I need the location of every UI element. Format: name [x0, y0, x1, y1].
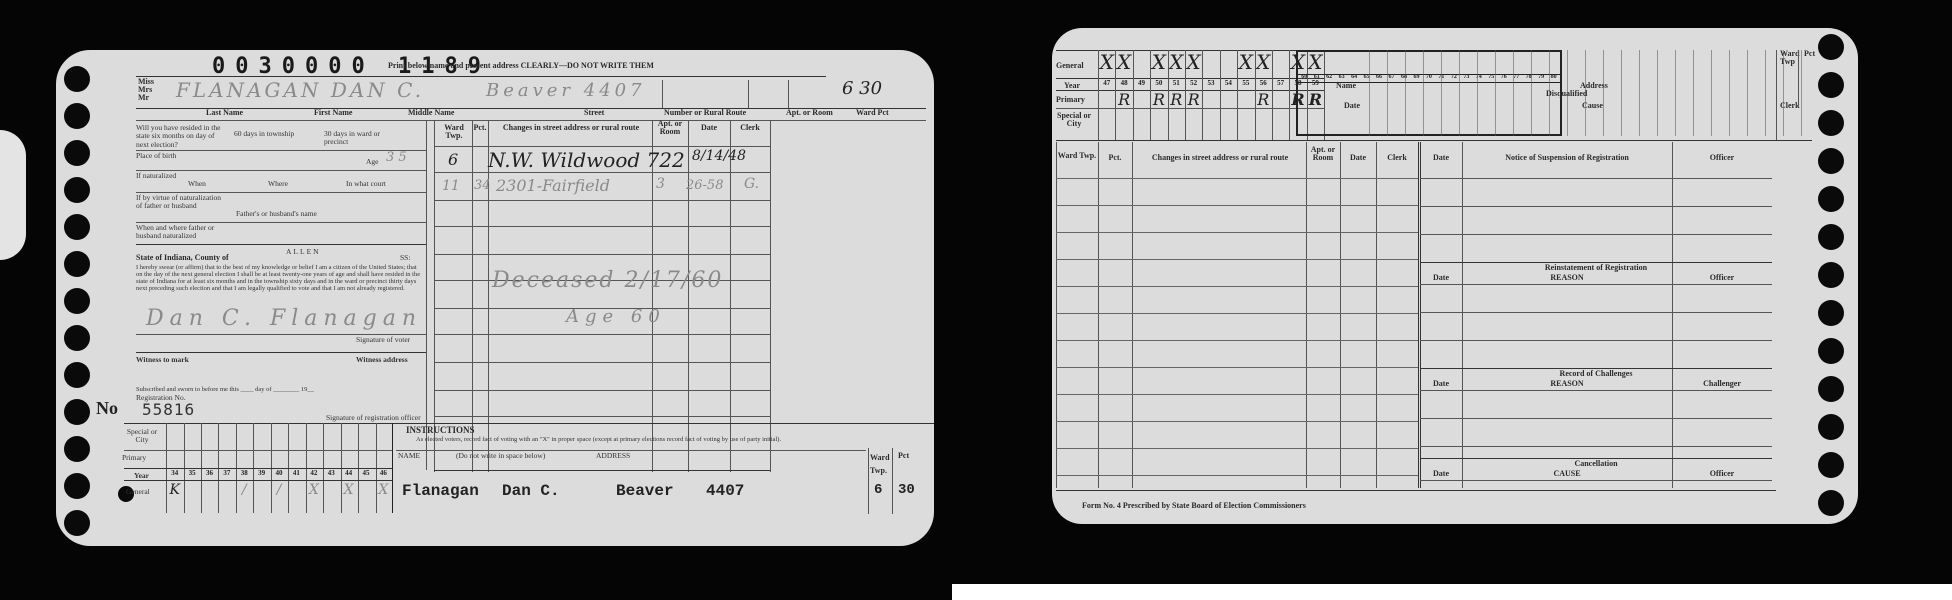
punch-hole-icon: [1818, 148, 1844, 174]
punch-hole-icon: [64, 436, 90, 462]
voter-name-written: FLANAGAN DAN C.: [176, 78, 424, 102]
punch-hole-icon: [1818, 490, 1844, 516]
front-year-row: 34 35 36 37 38 39 40 41 42 43 44 45 46: [166, 469, 392, 477]
typed-number: 4407: [706, 482, 744, 500]
typed-ward: 6: [874, 482, 882, 498]
punch-hole-icon: [64, 325, 90, 351]
punch-hole-icon: [64, 399, 90, 425]
punch-hole-icon: [1818, 300, 1844, 326]
registration-number: 55816: [142, 400, 195, 419]
punch-hole-icon: [64, 103, 90, 129]
registration-card-front: 0030000 1189 Print below name and presen…: [56, 50, 934, 546]
voter-signature: Dan C. Flanagan: [146, 306, 422, 331]
header-instruction: Print below name and present address CLE…: [388, 62, 654, 70]
age-annotation: Age 60: [566, 306, 666, 327]
punch-hole-icon: [64, 140, 90, 166]
changes-table-rows: [1056, 178, 1418, 488]
punch-hole-icon: [64, 214, 90, 240]
typed-first-name: Dan C.: [502, 482, 560, 500]
punch-hole-icon: [1818, 338, 1844, 364]
punch-hole-icon: [1818, 262, 1844, 288]
punch-hole-icon: [64, 473, 90, 499]
oath-text: I hereby swear (or affirm) that to the b…: [136, 264, 424, 293]
salutation-labels: MissMrsMr: [138, 78, 154, 102]
voter-address-written: Beaver 4407: [486, 80, 646, 101]
registration-card-back: General Year Primary Special or City 47 …: [1052, 28, 1858, 524]
back-primary-row: R R R R R R R: [1098, 90, 1324, 109]
punch-hole-icon: [64, 288, 90, 314]
punch-hole-icon: [64, 362, 90, 388]
age-written: 3 5: [386, 150, 407, 165]
county-value: ALLEN: [286, 248, 321, 256]
registration-number-prefix: No: [96, 398, 118, 419]
typed-street: Beaver: [616, 482, 674, 500]
typed-last-name: Flanagan: [402, 482, 479, 500]
front-general-row: K / / X X X: [166, 482, 392, 498]
punch-hole-icon: [1818, 186, 1844, 212]
punch-hole-icon: [1818, 34, 1844, 60]
punch-hole-icon: [1818, 414, 1844, 440]
punch-hole-icon: [1818, 72, 1844, 98]
form-footer: Form No. 4 Prescribed by State Board of …: [1082, 502, 1306, 510]
typed-pct: 30: [898, 482, 915, 498]
punch-hole-icon: [64, 177, 90, 203]
punch-hole-icon: [1818, 110, 1844, 136]
adjacent-card-edge: [0, 130, 26, 260]
punch-hole-icon: [64, 251, 90, 277]
ward-pct-written: 6 30: [842, 78, 882, 99]
scan-margin: [952, 584, 1952, 600]
punch-hole-icon: [64, 510, 90, 536]
back-general-row: X X X X X X X X X: [1098, 50, 1324, 74]
punch-hole-icon: [1818, 376, 1844, 402]
back-year-row-left: 47 48 49 50 51 52 53 54 55 56 57 58 59: [1098, 79, 1324, 87]
punch-hole-icon: [64, 66, 90, 92]
deceased-annotation: Deceased 2/17/60: [492, 268, 723, 293]
punch-hole-icon: [1818, 452, 1844, 478]
punch-hole-icon: [1818, 224, 1844, 250]
